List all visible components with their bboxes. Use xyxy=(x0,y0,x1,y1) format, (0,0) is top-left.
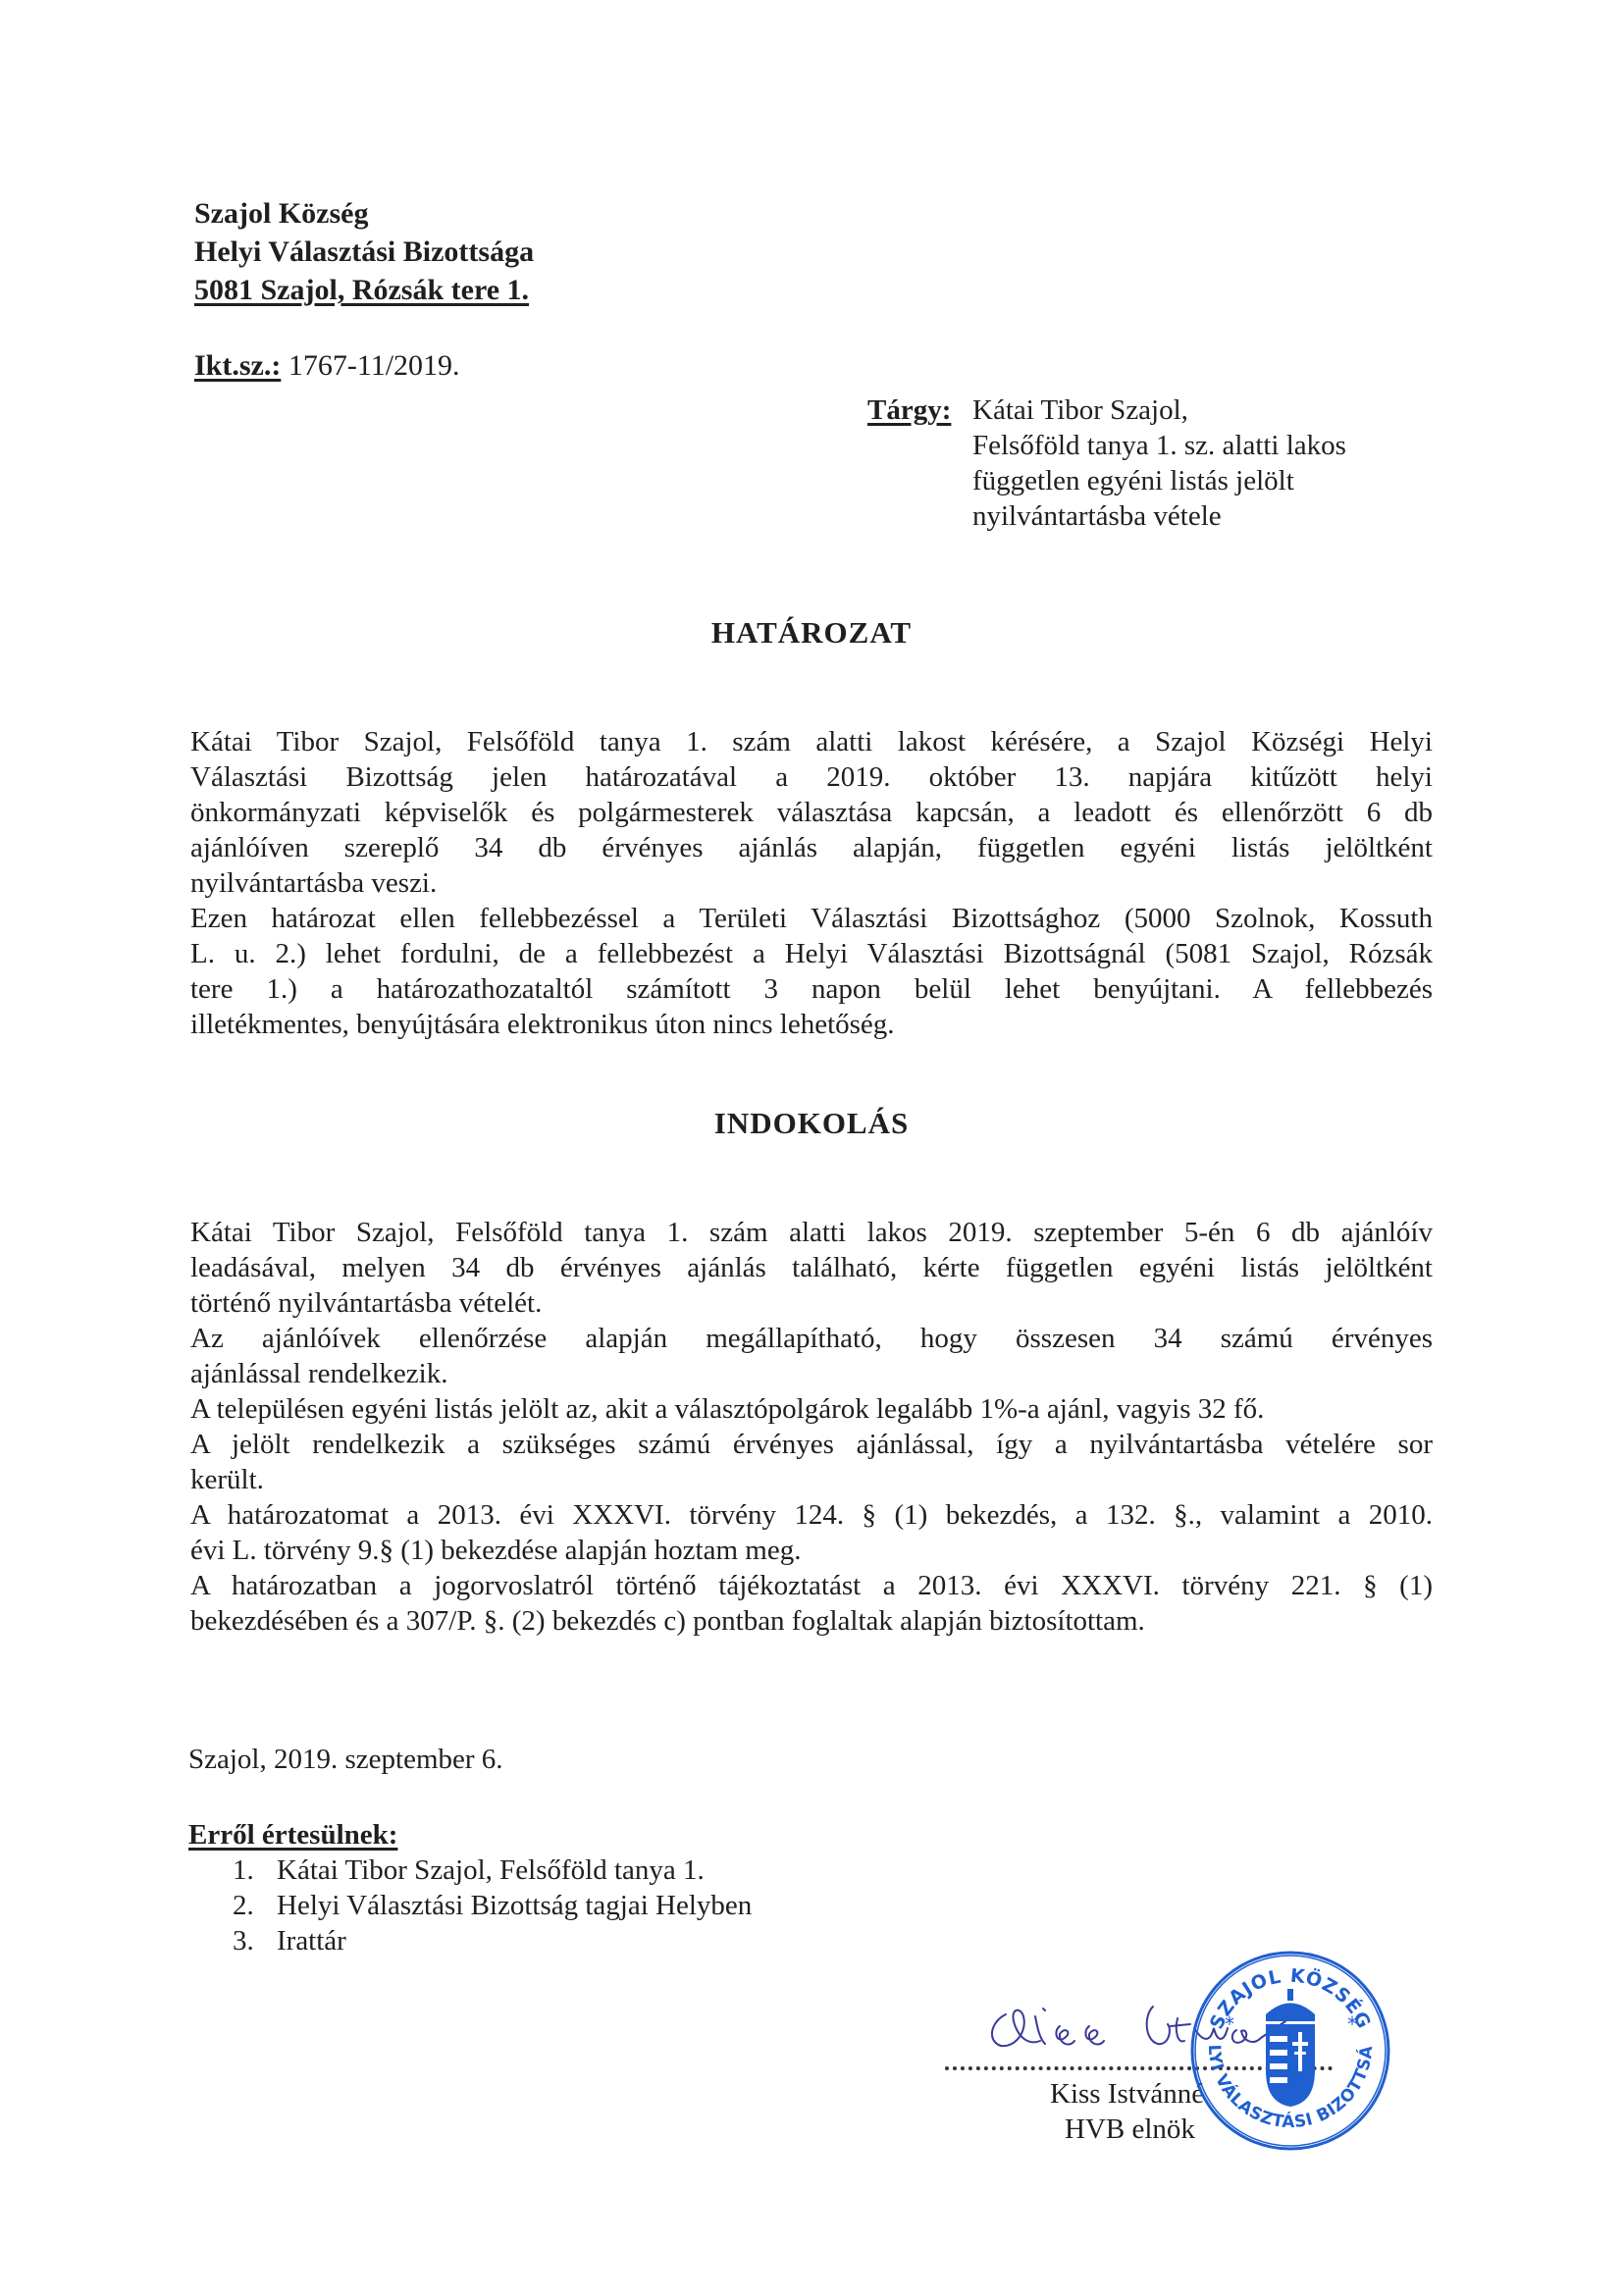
decision-line: nyilvántartásba veszi. xyxy=(190,865,1433,901)
subject-line: nyilvántartásba vétele xyxy=(972,498,1222,534)
reasoning-line: leadásával, melyen 34 db érvényes ajánlá… xyxy=(190,1250,1433,1285)
subject-label: Tárgy: xyxy=(867,392,951,428)
signatory-role: HVB elnök xyxy=(1065,2112,1195,2147)
decision-line: Választási Bizottság jelen határozatával… xyxy=(190,759,1433,795)
subject-line: független egyéni listás jelölt xyxy=(972,463,1294,498)
org-committee: Helyi Választási Bizottsága xyxy=(194,235,534,270)
decision-line: önkormányzati képviselők és polgármester… xyxy=(190,795,1433,830)
org-address: 5081 Szajol, Rózsák tere 1. xyxy=(194,273,529,308)
reasoning-line: A határozatban a jogorvoslatról történő … xyxy=(190,1568,1433,1603)
decision-line: ajánlóíven szereplő 34 db érvényes ajánl… xyxy=(190,830,1433,865)
reasoning-line: A településen egyéni listás jelölt az, a… xyxy=(190,1391,1433,1427)
reasoning-line: került. xyxy=(190,1462,1433,1497)
reference-value: 1767-11/2019. xyxy=(281,349,459,382)
document-page: Szajol Község Helyi Választási Bizottság… xyxy=(0,0,1623,2296)
notified-item: Kátai Tibor Szajol, Felsőföld tanya 1. xyxy=(277,1852,705,1888)
place-date: Szajol, 2019. szeptember 6. xyxy=(188,1742,503,1777)
decision-title: HATÁROZAT xyxy=(0,615,1623,651)
reasoning-line: A jelölt rendelkezik a szükséges számú é… xyxy=(190,1427,1433,1462)
reasoning-line: évi L. törvény 9.§ (1) bekezdése alapján… xyxy=(190,1533,1433,1568)
org-name: Szajol Község xyxy=(194,196,368,232)
notified-item-number: 3. xyxy=(233,1923,254,1958)
reasoning-line: Kátai Tibor Szajol, Felsőföld tanya 1. s… xyxy=(190,1215,1433,1250)
decision-line: L. u. 2.) lehet fordulni, de a fellebbez… xyxy=(190,936,1433,971)
reasoning-title: INDOKOLÁS xyxy=(0,1106,1623,1141)
reference-label: Ikt.sz.: xyxy=(194,349,281,382)
subject-line: Kátai Tibor Szajol, xyxy=(972,392,1188,428)
notified-item: Irattár xyxy=(277,1923,346,1958)
subject-line: Felsőföld tanya 1. sz. alatti lakos xyxy=(972,428,1346,463)
reference-number: Ikt.sz.: 1767-11/2019. xyxy=(194,348,460,384)
signatory-name: Kiss Istvánné xyxy=(1050,2076,1204,2112)
svg-text:*: * xyxy=(1225,2012,1234,2036)
reasoning-line: ajánlással rendelkezik. xyxy=(190,1356,1433,1391)
reasoning-line: Az ajánlóívek ellenőrzése alapján megáll… xyxy=(190,1321,1433,1356)
decision-line: illetékmentes, benyújtására elektronikus… xyxy=(190,1007,1433,1042)
reasoning-line: bekezdésében és a 307/P. §. (2) bekezdés… xyxy=(190,1603,1433,1639)
notified-label: Erről értesülnek: xyxy=(188,1817,397,1852)
reasoning-line: történő nyilvántartásba vételét. xyxy=(190,1285,1433,1321)
decision-line: tere 1.) a határozathozataltól számított… xyxy=(190,971,1433,1007)
decision-line: Kátai Tibor Szajol, Felsőföld tanya 1. s… xyxy=(190,724,1433,759)
notified-item-number: 1. xyxy=(233,1852,254,1888)
notified-item-number: 2. xyxy=(233,1888,254,1923)
official-stamp-icon: SZAJOL KÖZSÉG HELYI VÁLASZTÁSI BIZOTTSÁG… xyxy=(1187,1948,1393,2154)
notified-item: Helyi Választási Bizottság tagjai Helybe… xyxy=(277,1888,752,1923)
reasoning-line: A határozatomat a 2013. évi XXXVI. törvé… xyxy=(190,1497,1433,1533)
svg-text:*: * xyxy=(1347,2012,1357,2036)
decision-line: Ezen határozat ellen fellebbezéssel a Te… xyxy=(190,901,1433,936)
